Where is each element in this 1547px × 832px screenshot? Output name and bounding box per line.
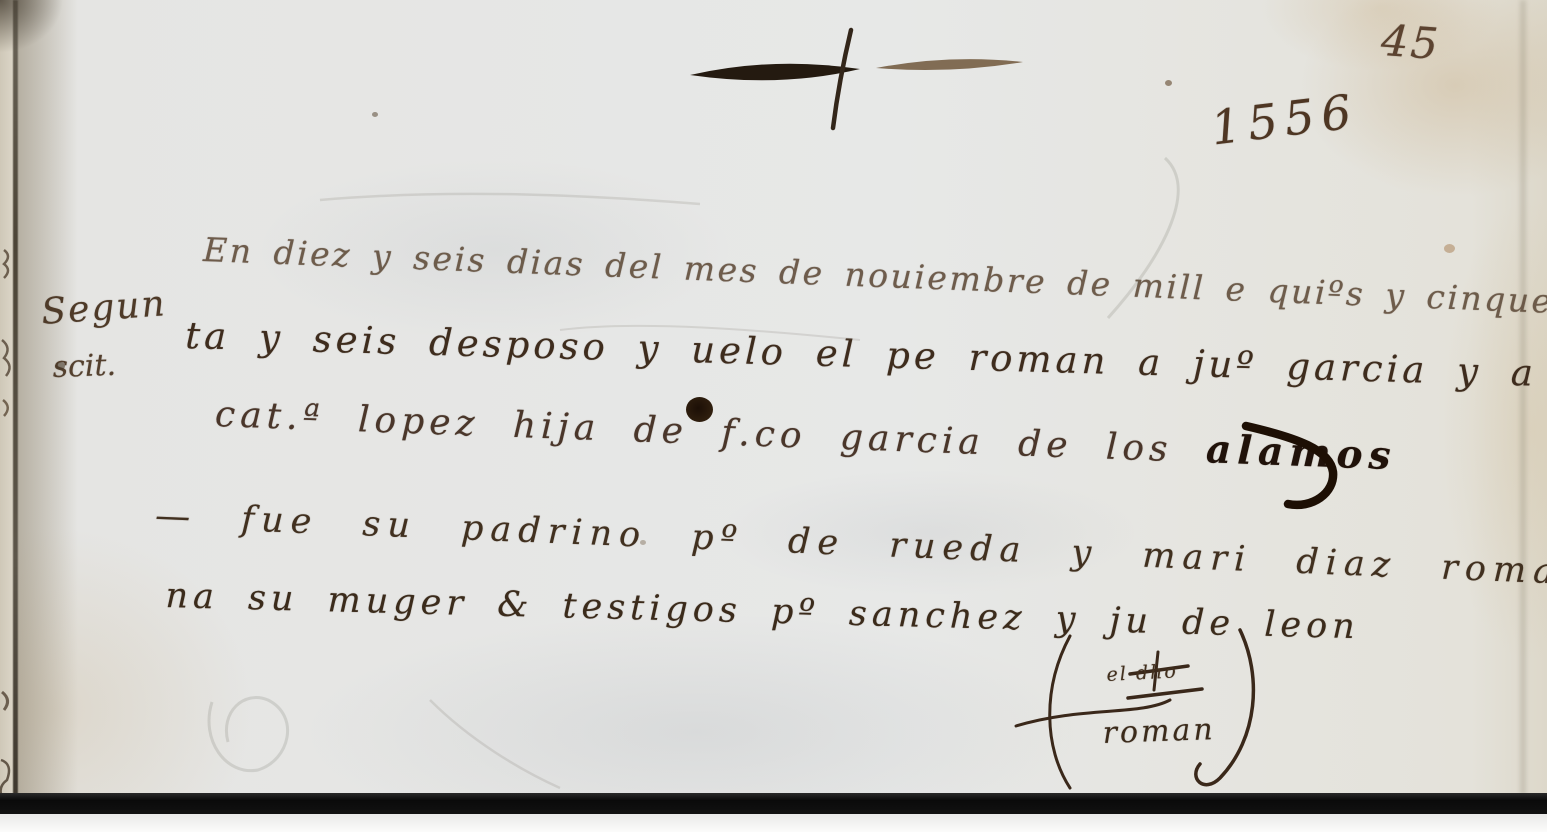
scan-margin-strip — [0, 814, 1547, 832]
scan-edge-bar — [0, 793, 1547, 814]
paper-speck — [372, 112, 378, 117]
manuscript-scan: 45 1556 Segun scit. En diez y seis dias … — [0, 0, 1547, 832]
paper-speck — [640, 540, 646, 545]
bleed-through-marks — [0, 0, 1547, 832]
paper-stain-spot — [1444, 244, 1455, 253]
paper-speck — [56, 362, 65, 370]
paper-speck — [1165, 80, 1172, 86]
